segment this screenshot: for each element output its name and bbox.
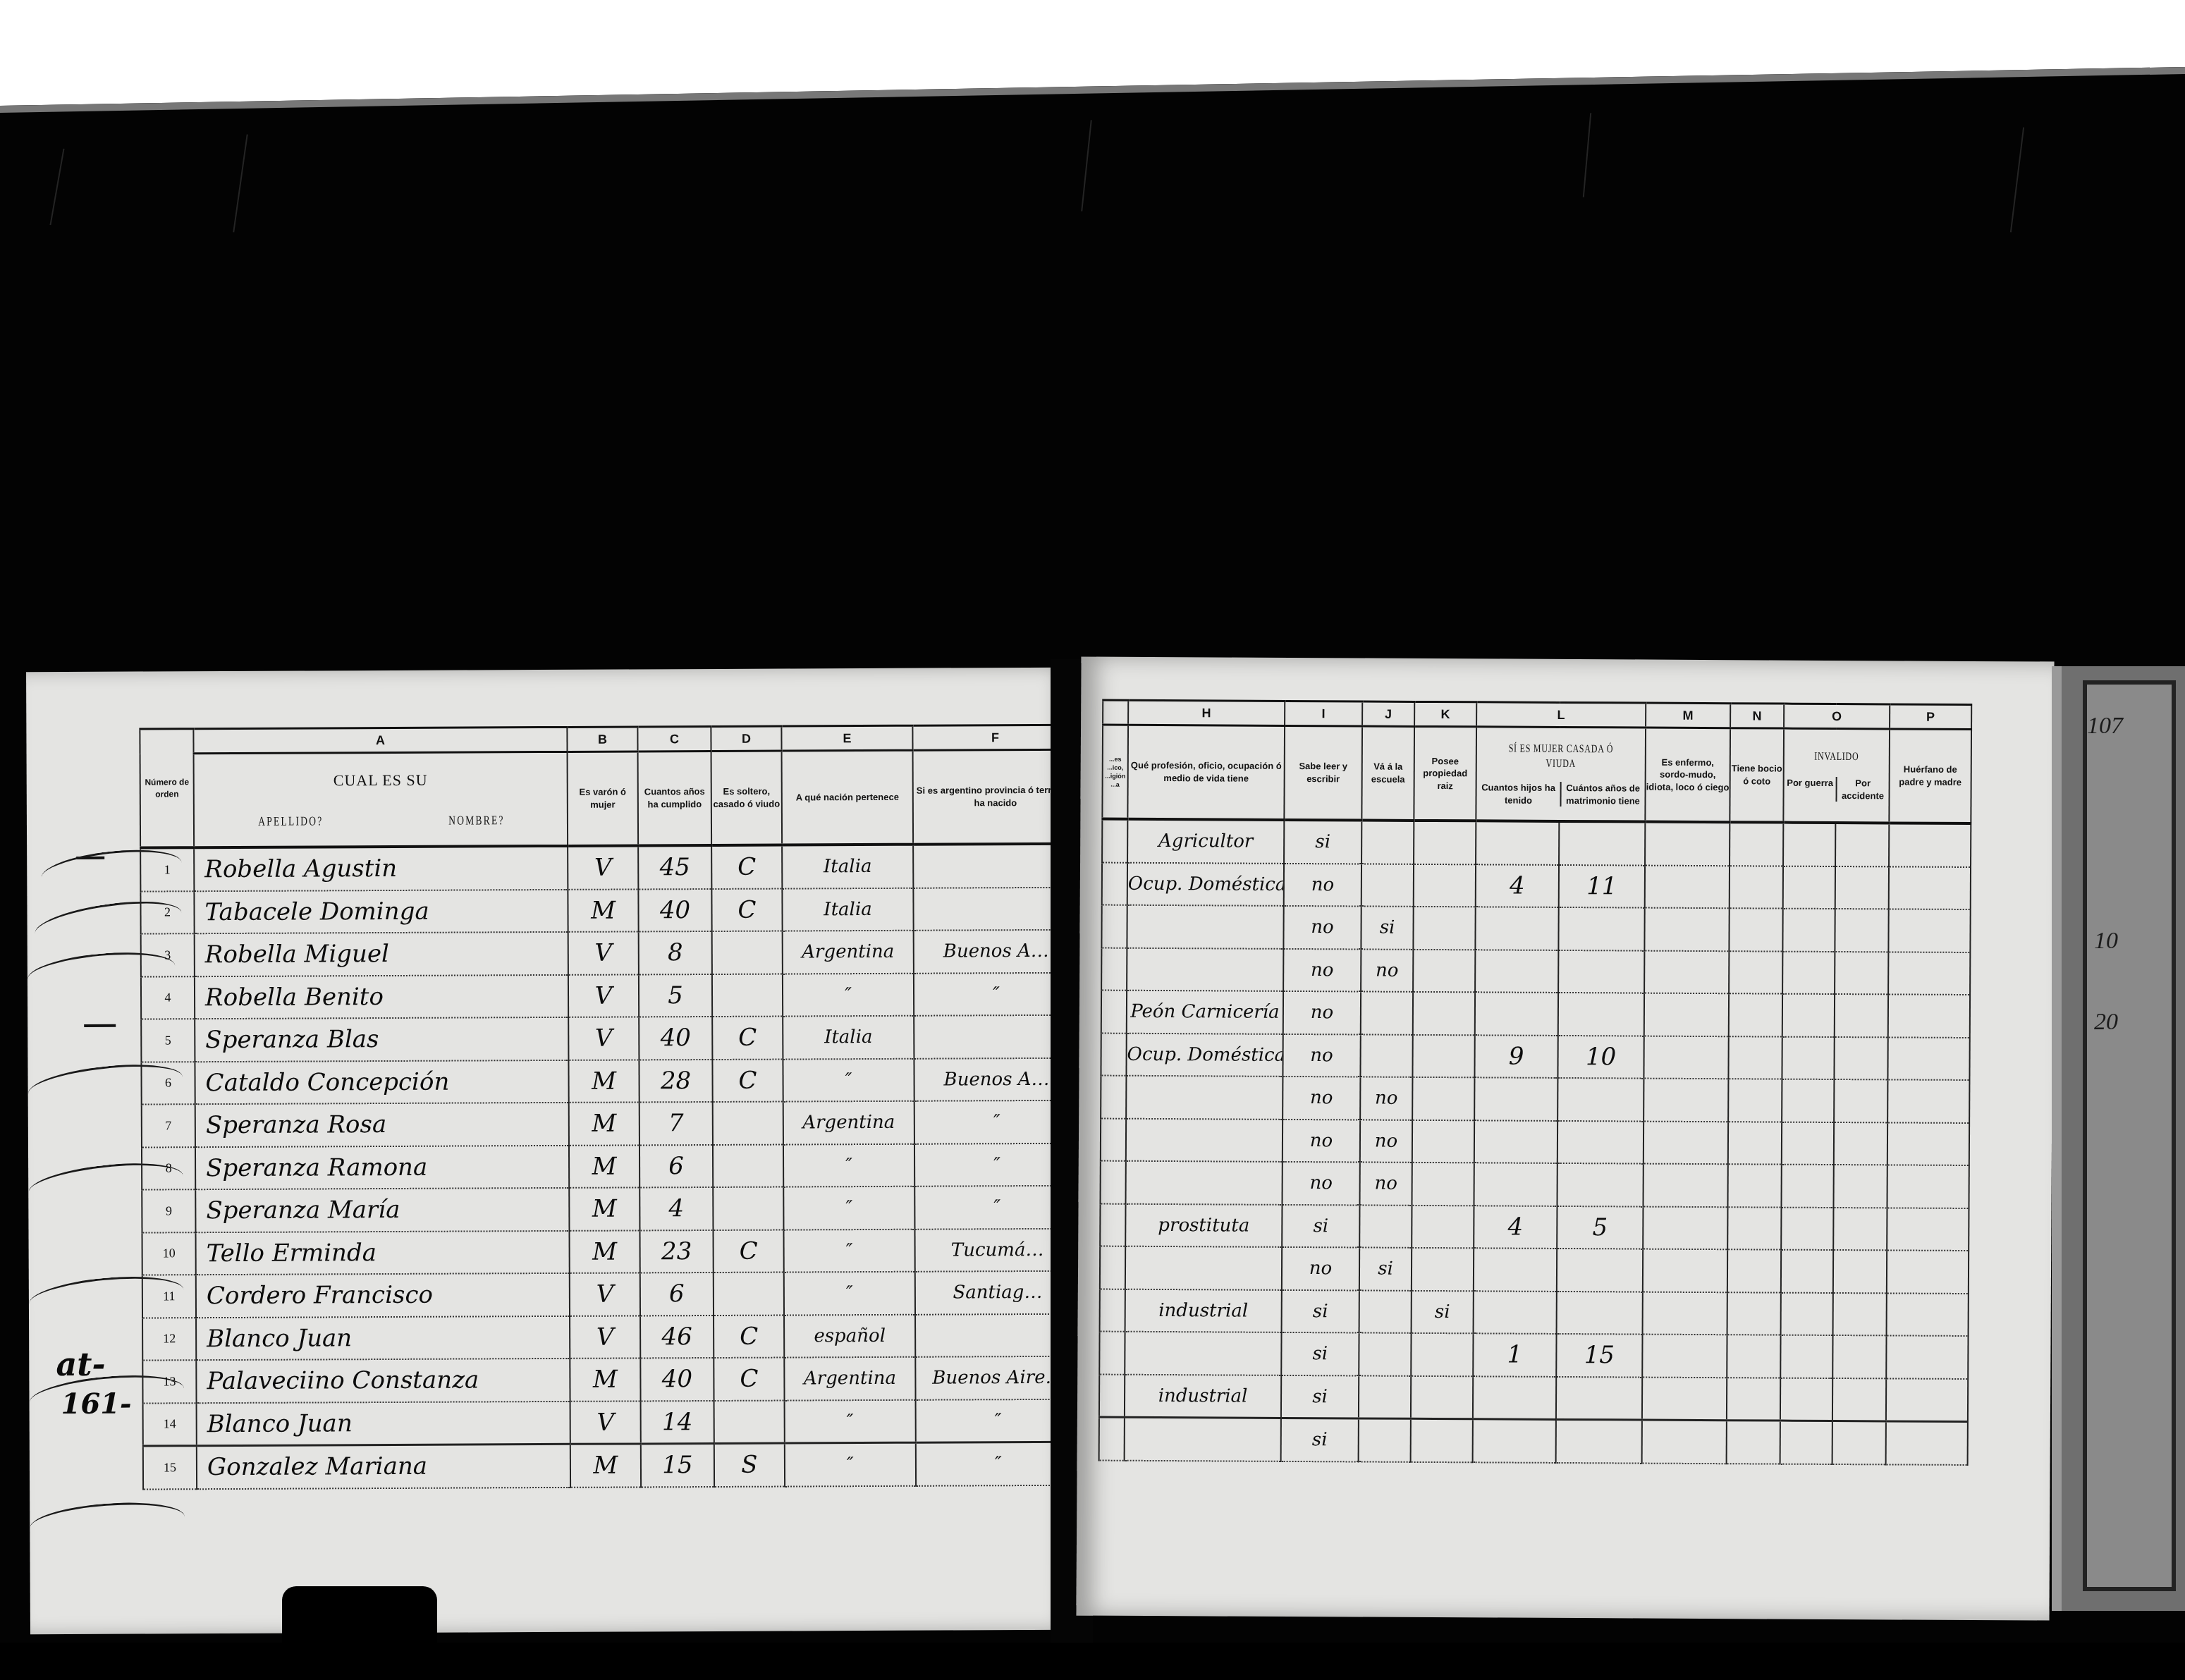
anos-matrimonio-cell: 10 — [1557, 1035, 1644, 1078]
huerfano-cell — [1889, 866, 1971, 909]
header-g-fragment: ...es — [1103, 754, 1127, 763]
table-row: 14Blanco JuanV14″″ — [143, 1399, 1081, 1446]
header-cual-es-su-title: CUAL ES SU — [195, 769, 567, 792]
sexo-cell: V — [568, 931, 639, 974]
anos-matrimonio-cell — [1558, 907, 1644, 950]
left-ledger-body: 1Robella AgustinV45CItalia2Tabacele Domi… — [140, 844, 1081, 1489]
header-hijos: Cuantos hijos ha tenido — [1476, 781, 1560, 807]
edad-cell: 14 — [641, 1400, 714, 1443]
cover-note: 20 — [2094, 1009, 2118, 1036]
anos-matrimonio-cell: 5 — [1557, 1206, 1643, 1249]
sabe-leer-cell: si — [1281, 1418, 1359, 1461]
apellido: Robella — [205, 940, 297, 969]
column-g-cell — [1100, 1246, 1125, 1289]
huerfano-cell — [1886, 1378, 1968, 1422]
nombre: Ramona — [328, 1153, 428, 1182]
edad-cell: 23 — [639, 1230, 713, 1273]
header-nombre: NOMBRE? — [448, 811, 505, 829]
estado-civil-cell: S — [714, 1443, 785, 1486]
escuela-cell — [1361, 991, 1413, 1034]
invalido-guerra-cell — [1781, 1250, 1833, 1293]
hijos-cell — [1473, 1419, 1556, 1463]
huerfano-cell — [1887, 1165, 1969, 1208]
invalido-guerra-cell — [1780, 1421, 1832, 1464]
sabe-leer-cell: si — [1281, 1375, 1359, 1418]
column-letter-i: I — [1285, 701, 1362, 726]
nacion-cell: Argentina — [784, 1357, 915, 1400]
sabe-leer-cell: no — [1283, 1119, 1360, 1162]
table-row: 2Tabacele DomingaM40CItalia — [140, 887, 1078, 933]
anos-matrimonio-cell — [1559, 821, 1645, 865]
sabe-leer-cell: no — [1284, 863, 1361, 906]
huerfano-cell — [1887, 1250, 1969, 1293]
bocio-cell — [1727, 1378, 1780, 1421]
apellido: Speranza — [206, 1153, 320, 1182]
table-row: 6Cataldo ConcepciónM28C″Buenos A… — [141, 1057, 1079, 1104]
enfermo-cell — [1643, 1292, 1727, 1335]
sabe-leer-cell: no — [1283, 1034, 1360, 1077]
bocio-cell — [1727, 1249, 1781, 1292]
sexo-cell: M — [570, 1358, 640, 1401]
profesion-cell — [1126, 1118, 1283, 1162]
edad-cell: 6 — [640, 1273, 714, 1316]
sexo-cell: V — [568, 974, 639, 1017]
anos-matrimonio-cell — [1558, 993, 1644, 1036]
table-row: prostitutasi45 — [1100, 1203, 1969, 1251]
escuela-cell — [1360, 1034, 1412, 1077]
table-row: 11Cordero FranciscoV6″Santiag… — [142, 1271, 1080, 1318]
apellido: Blanco — [207, 1409, 290, 1438]
column-letter-row: Número de orden A B C D E F — [140, 725, 1077, 754]
estado-civil-cell: C — [712, 1017, 783, 1060]
table-row: nosi — [1101, 905, 1970, 952]
margin-annotation-row-12: at- — [56, 1345, 105, 1383]
invalido-guerra-cell — [1782, 909, 1835, 952]
table-row: 3Robella MiguelV8ArgentinaBuenos A… — [141, 930, 1079, 976]
propiedad-cell — [1413, 907, 1475, 950]
escuela-cell — [1361, 864, 1414, 907]
table-row: nono — [1101, 948, 1970, 995]
column-g-cell — [1099, 1374, 1125, 1417]
propiedad-cell: si — [1412, 1290, 1474, 1333]
full-name-cell: Blanco Juan — [197, 1401, 570, 1445]
full-name-cell: Palaveciino Constanza — [196, 1359, 570, 1403]
bocio-cell — [1729, 993, 1782, 1036]
table-row: industrialsi — [1099, 1374, 1968, 1421]
header-g-fragment: ...igión — [1103, 772, 1127, 780]
sabe-leer-cell: no — [1283, 1162, 1360, 1205]
propiedad-cell — [1411, 1418, 1473, 1461]
estado-civil-cell — [713, 1102, 783, 1145]
table-row: 8Speranza RamonaM6″″ — [142, 1143, 1079, 1189]
escuela-cell — [1359, 1418, 1411, 1461]
hijos-cell — [1474, 1120, 1557, 1163]
table-row: Agricultorsi — [1102, 819, 1971, 867]
enfermo-cell — [1642, 1420, 1727, 1464]
column-description-row: CUAL ES SU APELLIDO? NOMBRE? Es varón ó … — [140, 749, 1079, 847]
cover-note: 107 — [2087, 713, 2123, 740]
header-enfermo: Es enfermo, sordo-mudo, idiota, loco ó c… — [1645, 728, 1730, 822]
sexo-cell: M — [568, 1060, 639, 1103]
full-name-cell: Robella Benito — [195, 974, 568, 1019]
profesion-cell — [1126, 1161, 1283, 1205]
column-g-cell — [1101, 1076, 1126, 1119]
propiedad-cell — [1413, 949, 1475, 992]
sabe-leer-cell: no — [1282, 1247, 1359, 1290]
estado-civil-cell: C — [711, 845, 782, 889]
estado-civil-cell — [712, 974, 783, 1017]
sexo-cell: V — [570, 1273, 640, 1316]
hijos-cell — [1475, 950, 1558, 993]
estado-civil-cell — [713, 1144, 783, 1187]
edad-cell: 40 — [638, 888, 711, 931]
column-letter-k: K — [1414, 701, 1476, 726]
profesion-cell: prostituta — [1125, 1203, 1282, 1247]
header-g-fragment: ...a — [1103, 780, 1127, 789]
nacion-cell: ″ — [785, 1442, 916, 1486]
cover-note: 10 — [2094, 928, 2118, 955]
margin-dash — [84, 1024, 116, 1027]
invalido-accidente-cell — [1835, 823, 1889, 866]
table-row: nono — [1101, 1118, 1969, 1165]
row-number: 2 — [140, 891, 194, 934]
census-book: at- 161- Número de orden A B C D E F CUA — [28, 659, 2179, 1646]
hijos-cell — [1473, 1376, 1556, 1420]
enfermo-cell — [1644, 993, 1729, 1036]
invalido-accidente-cell — [1832, 1378, 1886, 1421]
row-number: 4 — [141, 976, 195, 1019]
right-ledger-table: H I J K L M N O P ...es ...ico, ...igión… — [1098, 699, 1973, 1466]
row-number: 11 — [142, 1275, 196, 1318]
header-cual-es-su: CUAL ES SU APELLIDO? NOMBRE? — [194, 752, 568, 847]
escuela-cell — [1361, 820, 1414, 864]
apellido: Tabacele — [204, 897, 312, 926]
table-row: 5Speranza BlasV40CItalia — [141, 1015, 1079, 1062]
column-letter-g-partial — [1103, 700, 1128, 725]
column-g-cell — [1102, 862, 1127, 905]
estado-civil-cell: C — [712, 1059, 783, 1102]
nacion-cell: ″ — [783, 973, 914, 1016]
column-g-cell — [1101, 1033, 1126, 1076]
apellido: Robella — [204, 855, 296, 884]
film-scratch — [233, 135, 247, 233]
invalido-guerra-cell — [1782, 951, 1835, 994]
huerfano-cell — [1889, 823, 1971, 866]
escuela-cell: si — [1361, 906, 1413, 949]
invalido-guerra-cell — [1783, 823, 1835, 866]
apellido: Blanco — [207, 1324, 290, 1353]
table-row: industrialsisi — [1100, 1289, 1969, 1336]
table-row: 7Speranza RosaM7Argentina″ — [142, 1100, 1079, 1147]
escuela-cell — [1359, 1332, 1411, 1375]
invalido-guerra-cell — [1780, 1335, 1832, 1378]
right-ledger-body: AgricultorsiOcup. Domésticano411nosinono… — [1099, 819, 1971, 1465]
huerfano-cell — [1886, 1421, 1968, 1465]
hijos-cell — [1474, 1077, 1557, 1120]
invalido-accidente-cell — [1835, 909, 1888, 952]
sabe-leer-cell: si — [1281, 1332, 1359, 1375]
sabe-leer-cell: no — [1283, 991, 1361, 1034]
table-row: si115 — [1099, 1332, 1968, 1379]
escuela-cell — [1359, 1290, 1412, 1333]
header-mujer-casada-title: SÍ ES MUJER CASADA Ó VIUDA — [1498, 741, 1624, 772]
hijos-cell — [1474, 1248, 1557, 1291]
film-scratch — [49, 149, 64, 226]
invalido-accidente-cell — [1835, 951, 1888, 994]
full-name-cell: Cataldo Concepción — [195, 1060, 568, 1104]
right-page: H I J K L M N O P ...es ...ico, ...igión… — [1076, 656, 2054, 1620]
header-anos-matrimonio: Cuántos años de matrimonio tiene — [1560, 782, 1644, 807]
bocio-cell — [1728, 1036, 1782, 1079]
edad-cell: 8 — [639, 931, 712, 974]
nombre: Benito — [305, 983, 384, 1011]
column-letter-c: C — [637, 726, 711, 751]
hijos-cell — [1474, 1163, 1557, 1206]
invalido-accidente-cell — [1832, 1421, 1886, 1464]
nombre: Francisco — [314, 1281, 433, 1310]
sexo-cell: M — [569, 1187, 639, 1230]
huerfano-cell — [1887, 1208, 1969, 1251]
anos-matrimonio-cell: 11 — [1559, 864, 1645, 907]
anos-matrimonio-cell — [1556, 1419, 1642, 1463]
sabe-leer-cell: si — [1282, 1289, 1359, 1332]
profesion-cell — [1126, 1076, 1283, 1120]
full-name-cell: Robella Miguel — [195, 932, 568, 976]
edad-cell: 46 — [640, 1315, 714, 1358]
table-row: 13Palaveciino ConstanzaM40CArgentinaBuen… — [142, 1356, 1080, 1403]
column-letter-o: O — [1784, 704, 1890, 729]
bocio-cell — [1729, 908, 1782, 951]
header-profesion: Qué profesión, oficio, ocupación ó medio… — [1127, 725, 1285, 820]
invalido-guerra-cell — [1781, 1207, 1833, 1250]
propiedad-cell — [1411, 1375, 1473, 1418]
invalido-accidente-cell — [1834, 1036, 1887, 1079]
edad-cell: 15 — [641, 1443, 714, 1486]
header-numero-orden: Número de orden — [140, 729, 194, 848]
table-row: 9Speranza MaríaM4″″ — [142, 1186, 1079, 1232]
propiedad-cell — [1414, 821, 1476, 864]
table-row: 10Tello ErmindaM23C″Tucumá… — [142, 1228, 1079, 1275]
escuela-cell: si — [1359, 1247, 1412, 1290]
profesion-cell — [1127, 905, 1283, 949]
left-ledger-table: Número de orden A B C D E F CUAL ES SU A… — [139, 724, 1082, 1490]
profesion-cell: Ocup. Doméstica — [1126, 1033, 1283, 1077]
full-name-cell: Speranza María — [195, 1188, 569, 1232]
sabe-leer-cell: si — [1282, 1204, 1359, 1247]
row-number: 14 — [143, 1403, 197, 1446]
enfermo-cell — [1644, 1036, 1728, 1079]
column-g-cell — [1101, 905, 1127, 948]
apellido: Tello — [207, 1239, 265, 1268]
cover-label-frame: 107 10 20 — [2083, 680, 2176, 1591]
column-letter-m: M — [1646, 703, 1730, 728]
edad-cell: 45 — [638, 845, 711, 889]
escuela-cell: no — [1360, 1162, 1412, 1205]
apellido: Speranza — [205, 1026, 319, 1055]
header-por-guerra: Por guerra — [1785, 777, 1836, 802]
row-number: 13 — [142, 1360, 196, 1403]
nacion-cell: ″ — [783, 1187, 914, 1230]
anos-matrimonio-cell — [1557, 1291, 1643, 1334]
bocio-cell — [1727, 1421, 1780, 1464]
bocio-cell — [1728, 1079, 1782, 1122]
full-name-cell: Cordero Francisco — [196, 1273, 570, 1318]
profesion-cell: Agricultor — [1127, 819, 1284, 864]
nacion-cell: Argentina — [783, 931, 914, 974]
enfermo-cell — [1642, 1377, 1727, 1421]
enfermo-cell — [1644, 908, 1729, 951]
table-row: Peón Carniceríano — [1101, 991, 1970, 1038]
edad-cell: 40 — [640, 1358, 714, 1401]
column-g-cell — [1101, 1161, 1126, 1204]
full-name-cell: Blanco Juan — [196, 1316, 570, 1360]
hijos-cell: 4 — [1476, 864, 1559, 907]
row-number: 8 — [142, 1147, 195, 1190]
column-letter-h: H — [1128, 700, 1285, 725]
apellido: Cordero — [207, 1282, 307, 1311]
enfermo-cell — [1644, 1121, 1728, 1164]
bocio-cell — [1729, 951, 1782, 994]
enfermo-cell — [1643, 1249, 1727, 1292]
apellido: Gonzalez — [207, 1453, 318, 1482]
column-letter-l: L — [1476, 702, 1646, 728]
column-g-cell — [1100, 1203, 1125, 1246]
sexo-cell: M — [568, 889, 638, 932]
header-nacion: A qué nación pertenece — [782, 750, 914, 845]
column-g-cell — [1101, 948, 1127, 991]
anos-matrimonio-cell — [1557, 1078, 1644, 1121]
profesion-cell — [1127, 948, 1283, 991]
nacion-cell: Italia — [782, 888, 913, 931]
sexo-cell: V — [570, 1316, 640, 1359]
row-number: 9 — [142, 1189, 195, 1232]
profesion-cell — [1125, 1246, 1282, 1290]
scan-bottom-band — [0, 1643, 2185, 1680]
nacion-cell: español — [784, 1314, 915, 1357]
column-letter-j: J — [1362, 701, 1414, 726]
row-number: 7 — [142, 1104, 195, 1147]
sabe-leer-cell: no — [1283, 1077, 1360, 1120]
film-scratch — [1583, 113, 1591, 197]
column-g-cell — [1099, 1332, 1125, 1375]
edad-cell: 40 — [639, 1017, 712, 1060]
estado-civil-cell: C — [714, 1315, 784, 1358]
invalido-guerra-cell — [1781, 1292, 1833, 1335]
column-g-cell — [1100, 1289, 1125, 1332]
propiedad-cell — [1414, 864, 1476, 907]
bocio-cell — [1728, 1122, 1782, 1165]
bocio-cell — [1727, 1335, 1780, 1378]
nombre: Concepción — [307, 1067, 450, 1096]
huerfano-cell — [1888, 994, 1970, 1037]
invalido-guerra-cell — [1783, 866, 1835, 909]
nacion-cell: ″ — [783, 1229, 914, 1272]
apellido: Speranza — [206, 1111, 320, 1140]
margin-annotation-row-13: 161- — [61, 1387, 131, 1421]
anos-matrimonio-cell — [1557, 1120, 1644, 1163]
nombre: Juan — [297, 1324, 352, 1352]
nombre: Mariana — [325, 1452, 427, 1481]
row-number: 15 — [143, 1446, 197, 1489]
anos-matrimonio-cell — [1557, 1163, 1644, 1206]
enfermo-cell — [1644, 950, 1729, 993]
nombre: Rosa — [327, 1110, 386, 1139]
column-letter-n: N — [1730, 704, 1784, 728]
invalido-guerra-cell — [1782, 1079, 1834, 1122]
invalido-guerra-cell — [1782, 994, 1835, 1037]
anos-matrimonio-cell — [1558, 950, 1644, 993]
full-name-cell: Speranza Rosa — [195, 1103, 569, 1147]
table-row: nono — [1101, 1076, 1969, 1123]
huerfano-cell — [1888, 952, 1970, 995]
nombre: Agustin — [304, 854, 397, 883]
edad-cell: 6 — [639, 1144, 713, 1187]
invalido-accidente-cell — [1833, 1207, 1887, 1250]
huerfano-cell — [1887, 1122, 1969, 1165]
table-row: 15Gonzalez MarianaM15S″″ — [143, 1442, 1081, 1489]
nacion-cell: Argentina — [783, 1101, 914, 1144]
invalido-accidente-cell — [1833, 1292, 1887, 1335]
column-letter-b: B — [567, 727, 637, 752]
row-number: 12 — [142, 1318, 196, 1361]
row-number: 1 — [140, 847, 194, 891]
sexo-cell: M — [569, 1145, 639, 1188]
invalido-guerra-cell — [1782, 1122, 1834, 1165]
header-name-subheaders: APELLIDO? NOMBRE? — [195, 811, 567, 830]
header-g-partial: ...es ...ico, ...igión ...a — [1102, 725, 1128, 819]
invalido-accidente-cell — [1835, 866, 1889, 909]
invalido-accidente-cell — [1835, 994, 1888, 1037]
profesion-cell: industrial — [1125, 1289, 1282, 1332]
anos-matrimonio-cell — [1557, 1249, 1643, 1292]
edad-cell: 4 — [639, 1187, 713, 1230]
row-number: 6 — [141, 1062, 195, 1105]
header-invalido: INVALIDO Por guerra Por accidente — [1783, 728, 1890, 823]
nombre: Miguel — [304, 940, 389, 969]
bocio-cell — [1727, 1164, 1781, 1207]
column-g-cell — [1101, 1118, 1126, 1161]
escuela-cell: no — [1360, 1120, 1412, 1163]
estado-civil-cell — [713, 1187, 783, 1230]
header-por-accidente: Por accidente — [1836, 777, 1889, 802]
bocio-cell — [1730, 866, 1783, 909]
estado-civil-cell: C — [711, 888, 782, 931]
profesion-cell — [1125, 1417, 1281, 1461]
enfermo-cell — [1645, 865, 1730, 908]
propiedad-cell — [1412, 1248, 1474, 1291]
edad-cell: 28 — [639, 1059, 712, 1102]
invalido-accidente-cell — [1832, 1335, 1886, 1378]
header-escuela: Vá á la escuela — [1361, 726, 1414, 821]
escuela-cell: no — [1361, 949, 1413, 992]
edad-cell: 5 — [639, 974, 712, 1017]
nacion-cell: ″ — [784, 1272, 915, 1315]
nacion-cell: Italia — [782, 845, 913, 888]
hijos-cell: 1 — [1473, 1333, 1556, 1376]
full-name-cell: Robella Agustin — [194, 846, 568, 891]
nacion-cell: Italia — [783, 1016, 914, 1059]
invalido-guerra-cell — [1782, 1036, 1834, 1079]
huerfano-cell — [1887, 1079, 1969, 1122]
anos-matrimonio-cell — [1556, 1376, 1642, 1420]
sexo-cell: M — [569, 1230, 639, 1273]
propiedad-cell — [1412, 1077, 1474, 1120]
sabe-leer-cell: no — [1283, 948, 1361, 991]
profesion-cell — [1125, 1332, 1281, 1375]
escuela-cell — [1359, 1375, 1411, 1418]
row-number: 10 — [142, 1232, 195, 1275]
anos-matrimonio-cell: 15 — [1556, 1334, 1642, 1377]
